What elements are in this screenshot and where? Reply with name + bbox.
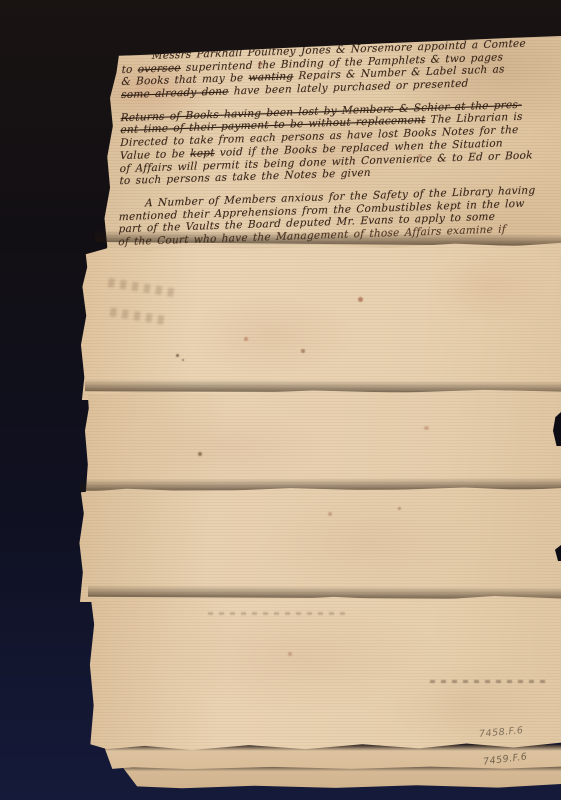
manuscript-scan: Messrs Parkhall Poultney Jones & Norsemo…: [0, 0, 561, 800]
manuscript-paragraph: Messrs Parkhall Poultney Jones & Norsemo…: [121, 37, 556, 102]
foxing-spot: [258, 62, 263, 66]
manuscript-segment-struck: some already done: [121, 86, 229, 102]
foxing-spot: [176, 354, 179, 357]
ink-showthrough-ghost: [430, 680, 546, 683]
manuscript-segment-struck: kept: [190, 147, 215, 160]
foxing-spot: [358, 297, 363, 302]
manuscript-text: Messrs Parkhall Poultney Jones & Norsemo…: [118, 37, 556, 249]
manuscript-segment-struck: wanting: [248, 71, 293, 85]
foxing-spot: [328, 512, 332, 516]
ink-showthrough-ghost: [108, 278, 175, 297]
foxing-spot: [418, 154, 422, 158]
ink-showthrough-ghost: [110, 307, 171, 325]
foxing-spot: [398, 507, 401, 510]
foxing-spot: [198, 452, 202, 456]
manuscript-segment-struck: oversee: [138, 62, 181, 75]
manuscript-segment: to: [122, 63, 138, 76]
foxing-spot: [182, 359, 184, 361]
foxing-spot: [301, 349, 305, 353]
foxing-spot: [288, 652, 292, 656]
foxing-spot: [424, 426, 429, 430]
paper-sheet-blank-1: [80, 238, 561, 400]
manuscript-paragraph: Returns of Books having been lost by Mem…: [119, 97, 554, 188]
foxing-spot: [244, 337, 248, 341]
ink-showthrough-ghost: [208, 612, 348, 615]
